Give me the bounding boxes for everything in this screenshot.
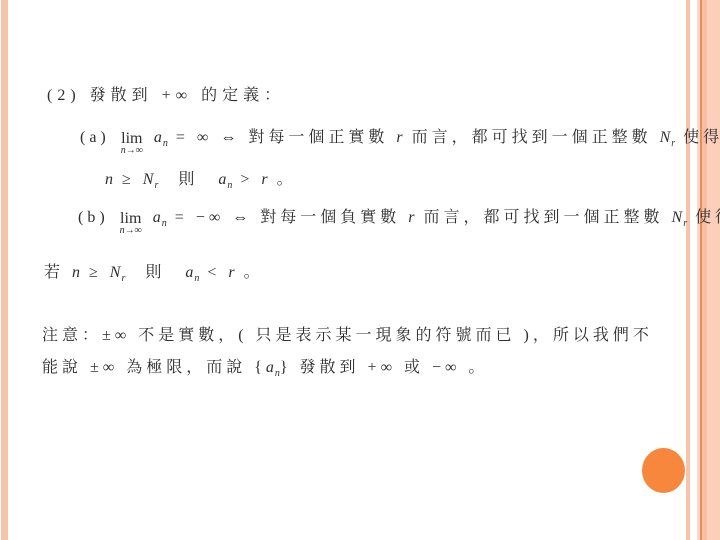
- accent-circle: [642, 448, 685, 493]
- right-wide-salmon-stripe: [707, 0, 720, 540]
- slide-heading: (2) 發散到 +∞ 的定義：: [47, 86, 285, 106]
- limit-operator: limn→∞: [120, 211, 142, 236]
- definition-b-line1: (b) limn→∞ an = −∞ ⇔ 對每一個負實數 r 而言，都可找到一個…: [78, 208, 720, 236]
- right-thin-salmon-stripe: [686, 0, 690, 540]
- slide: { "decor": { "background": "#ffffff", "t…: [0, 0, 720, 540]
- note-line1: 注意：±∞ 不是實數，( 只是表示某一現象的符號而已 )，所以我們不: [42, 326, 653, 346]
- definition-b-line2: 若 n ≥ Nr 則 an < r 。: [44, 263, 264, 286]
- limit-operator: limn→∞: [121, 131, 143, 156]
- definition-a-line2: n ≥ Nr 則 an > r 。: [105, 170, 297, 193]
- note-line2: 能說 ±∞ 為極限，而說 {an} 發散到 +∞ 或 −∞ 。: [42, 358, 488, 381]
- left-border-stripe: [1, 0, 8, 540]
- definition-a-line1: (a) limn→∞ an = ∞ ⇔ 對每一個正實數 r 而言，都可找到一個正…: [80, 128, 720, 156]
